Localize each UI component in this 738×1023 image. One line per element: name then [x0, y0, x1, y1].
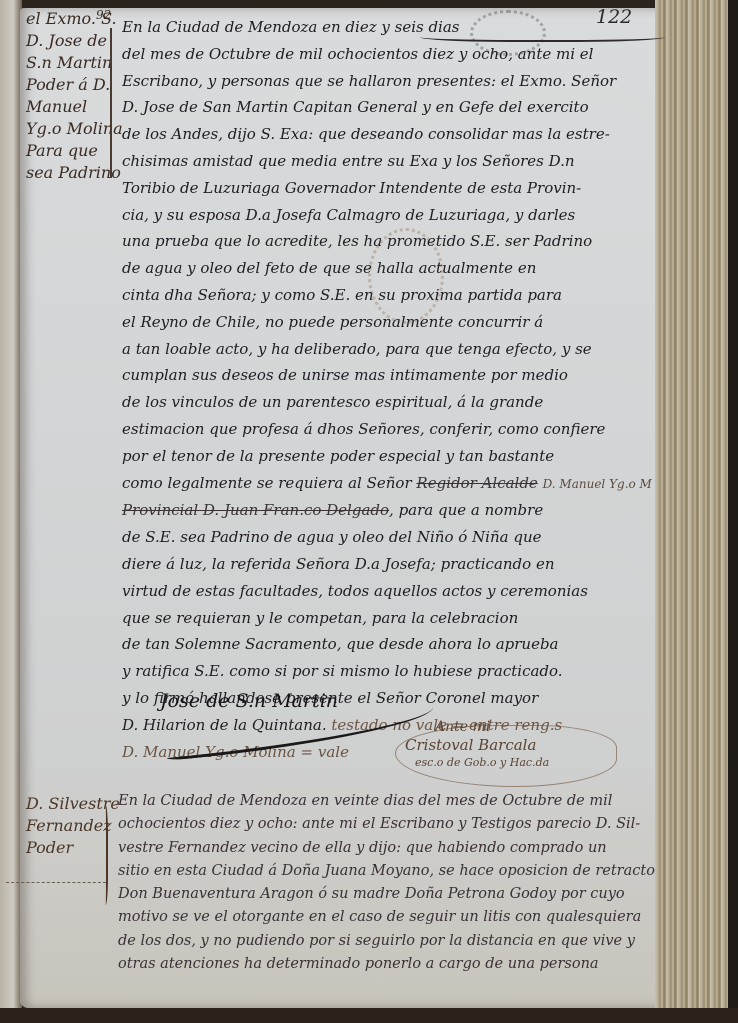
entry-number: 92 [96, 4, 111, 26]
text-line: de los dos, y no pudiendo por si seguirl… [118, 930, 658, 953]
text-line: otras atenciones ha determinado ponerlo … [118, 953, 658, 976]
margin-line: S.n Martin [26, 52, 116, 74]
text-line: En la Ciudad de Mendoza en veinte dias d… [118, 790, 658, 813]
notary-line: Cristoval Barcala [405, 736, 549, 754]
book-page-edges [655, 0, 738, 1023]
text-line-with-strike: Provincial D. Juan Fran.co Delgado, para… [122, 497, 652, 524]
struck-text: Regidor Alcalde [416, 474, 537, 492]
text-line: del mes de Octubre de mil ochocientos di… [122, 41, 652, 68]
text-line: estimacion que profesa á dhos Señores, c… [122, 416, 652, 443]
text-line: ochocientos diez y ocho: ante mi el Escr… [118, 813, 658, 836]
entry-power-of-attorney-fernandez: En la Ciudad de Mendoza en veinte dias d… [118, 790, 658, 976]
notary-signature: Ante mi Cristoval Barcala esc.o de Gob.o… [405, 718, 549, 772]
previous-page-edge [0, 0, 22, 1023]
signature-san-martin: Jose de S.n Martin [160, 690, 338, 712]
manuscript-photo: 122 92 el Exmo. S. D. Jose de S.n Martin… [0, 0, 738, 1023]
margin-line: Poder á D. [26, 74, 116, 96]
text-line: de los Andes, dijo S. Exa: que deseando … [122, 121, 652, 148]
text-line: cumplan sus deseos de unirse mas intimam… [122, 362, 652, 389]
text: , para que a nombre [389, 501, 543, 519]
text-line: Toribio de Luzuriaga Governador Intenden… [122, 175, 652, 202]
text-line: sitio en esta Ciudad á Doña Juana Moyano… [118, 860, 658, 883]
text-line: cia, y su esposa D.a Josefa Calmagro de … [122, 202, 652, 229]
text-line: por el tenor de la presente poder especi… [122, 443, 652, 470]
text-line: una prueba que lo acredite, les ha prome… [122, 228, 652, 255]
margin-line: Yg.o Molina [26, 118, 116, 140]
text-line: de S.E. sea Padrino de agua y oleo del N… [122, 524, 652, 551]
margin-line: Manuel [26, 96, 116, 118]
text-line: el Reyno de Chile, no puede personalment… [122, 309, 652, 336]
entry-power-of-attorney-san-martin: En la Ciudad de Mendoza en diez y seis d… [122, 14, 652, 765]
margin-brace [100, 805, 108, 905]
text-line: de agua y oleo del feto de que se halla … [122, 255, 652, 282]
text-line: que se requieran y le competan, para la … [122, 605, 652, 632]
text-line: a tan loable acto, y ha deliberado, para… [122, 336, 652, 363]
text: como legalmente se requiera al Señor [122, 474, 412, 492]
margin-note-san-martin: 92 el Exmo. S. D. Jose de S.n Martin Pod… [26, 8, 116, 184]
margin-line: sea Padrino [26, 162, 116, 184]
text-line: cinta dha Señora; y como S.E. en su prox… [122, 282, 652, 309]
book-bottom-edge [0, 1008, 738, 1023]
text-line: En la Ciudad de Mendoza en diez y seis d… [122, 14, 652, 41]
margin-line: D. Jose de [26, 30, 116, 52]
margin-rule [6, 882, 106, 883]
text-line-with-strike: como legalmente se requiera al Señor Reg… [122, 470, 652, 498]
text-line: chisimas amistad que media entre su Exa … [122, 148, 652, 175]
text-line: de los vinculos de un parentesco espirit… [122, 389, 652, 416]
notary-line: esc.o de Gob.o y Hac.da [415, 754, 549, 772]
struck-text: Provincial D. Juan Fran.co Delgado [122, 501, 389, 519]
text-line: D. Jose de San Martin Capitan General y … [122, 94, 652, 121]
text-line: diere á luz, la referida Señora D.a Jose… [122, 551, 652, 578]
text-line: motivo se ve el otorgante en el caso de … [118, 906, 658, 929]
notary-line: Ante mi [435, 718, 549, 736]
margin-line: Para que [26, 140, 116, 162]
text-line: virtud de estas facultades, todos aquell… [122, 578, 652, 605]
text-line: y ratifica S.E. como si por si mismo lo … [122, 658, 652, 685]
text-line: Don Buenaventura Aragon ó su madre Doña … [118, 883, 658, 906]
margin-brace [104, 28, 112, 178]
interlinear-insertion: D. Manuel Yg.o Molina [543, 477, 652, 491]
text-line: de tan Solemne Sacramento, que desde aho… [122, 631, 652, 658]
text-line: vestre Fernandez vecino de ella y dijo: … [118, 837, 658, 860]
text-line: Escribano, y personas que se hallaron pr… [122, 68, 652, 95]
